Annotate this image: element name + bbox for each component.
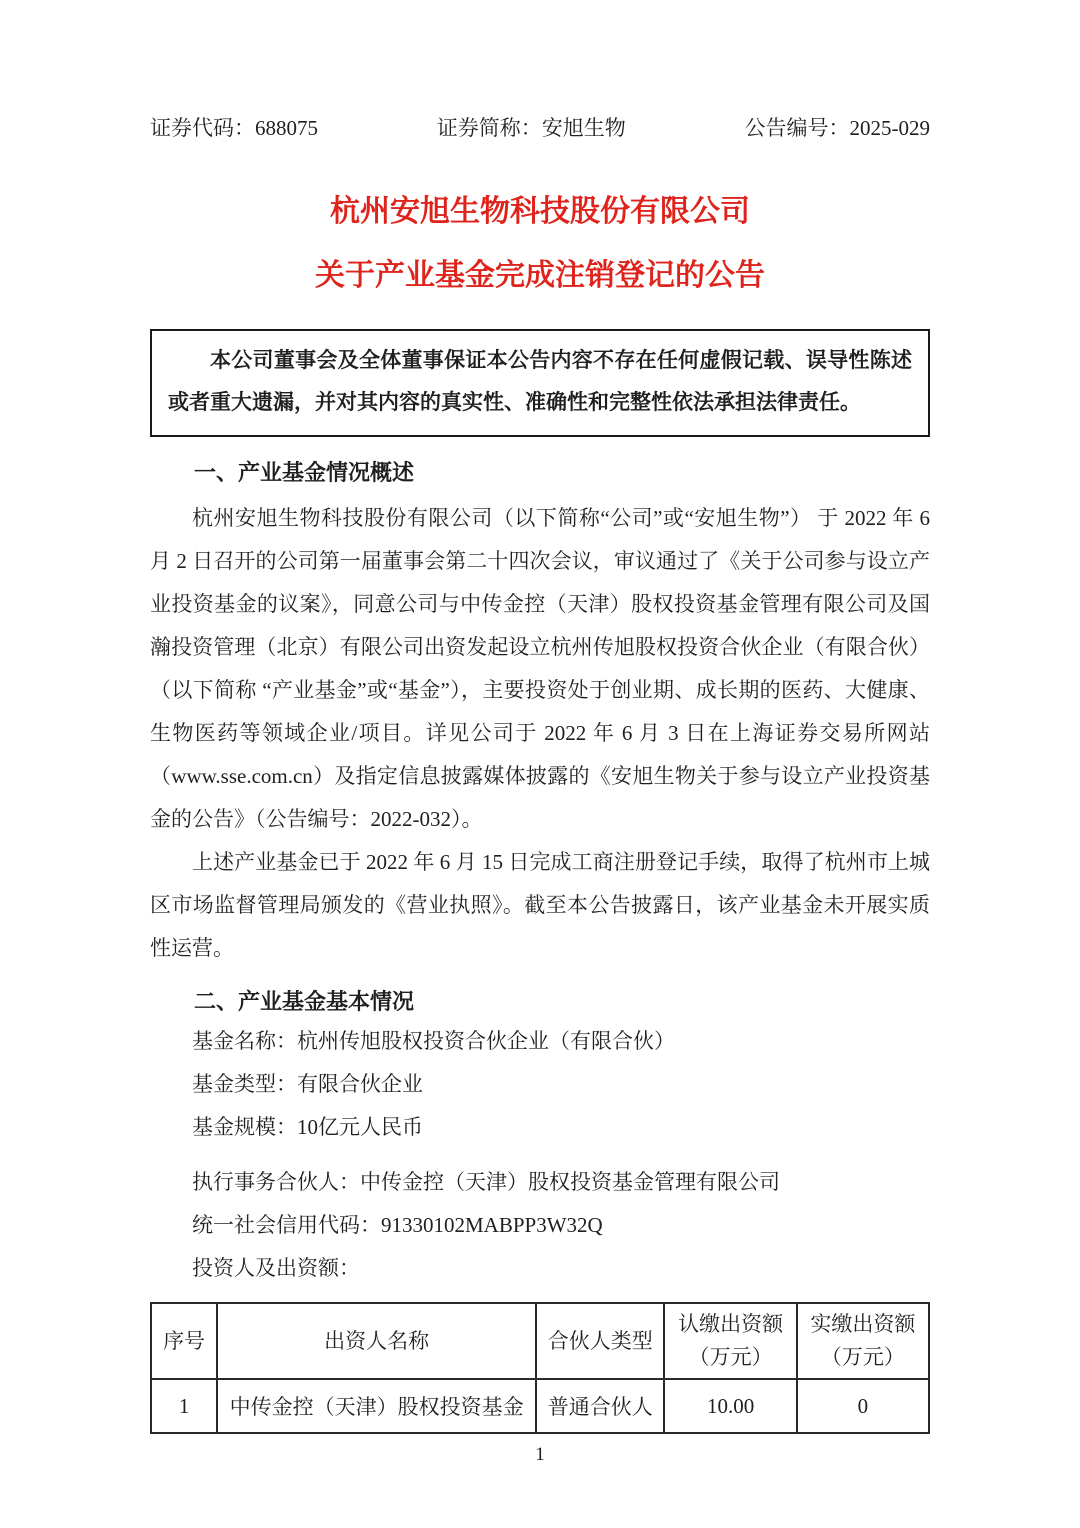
disclaimer-box: 本公司董事会及全体董事保证本公告内容不存在任何虚假记载、误导性陈述或者重大遗漏，…	[150, 329, 930, 437]
col-header-partner-type: 合伙人类型	[536, 1303, 664, 1379]
fund-name-line: 基金名称：杭州传旭股权投资合伙企业（有限合伙）	[150, 1020, 930, 1063]
cell-index: 1	[151, 1379, 217, 1433]
cell-investor-name: 中传金控（天津）股权投资基金	[217, 1379, 536, 1433]
stock-code: 证券代码：688075	[150, 113, 318, 143]
announcement-title: 关于产业基金完成注销登记的公告	[150, 257, 930, 295]
disclaimer-text: 本公司董事会及全体董事保证本公告内容不存在任何虚假记载、误导性陈述或者重大遗漏，…	[168, 339, 912, 423]
credit-code-line: 统一社会信用代码：91330102MABPP3W32Q	[150, 1204, 930, 1247]
col-header-paid-in-capital: 实缴出资额 （万元）	[797, 1303, 929, 1379]
cell-subscribed-capital: 10.00	[664, 1379, 796, 1433]
document-page: 证券代码：688075 证券简称：安旭生物 公告编号：2025-029 杭州安旭…	[0, 0, 1080, 1468]
col-header-subscribed-capital: 认缴出资额 （万元）	[664, 1303, 796, 1379]
document-header: 证券代码：688075 证券简称：安旭生物 公告编号：2025-029	[150, 113, 930, 143]
section-1-paragraph-1: 杭州安旭生物科技股份有限公司（以下简称“公司”或“安旭生物”） 于 2022 年…	[150, 497, 930, 841]
cell-partner-type: 普通合伙人	[536, 1379, 664, 1433]
investors-table: 序号 出资人名称 合伙人类型 认缴出资额 （万元） 实缴出资额 （万元） 1 中…	[150, 1302, 930, 1434]
page-number: 1	[150, 1442, 930, 1468]
section-1-paragraph-2: 上述产业基金已于 2022 年 6 月 15 日完成工商注册登记手续，取得了杭州…	[150, 841, 930, 970]
fund-size-line: 基金规模：10亿元人民币	[150, 1106, 930, 1149]
executive-partner-line: 执行事务合伙人：中传金控（天津）股权投资基金管理有限公司	[150, 1161, 930, 1204]
col-header-index: 序号	[151, 1303, 217, 1379]
company-name-title: 杭州安旭生物科技股份有限公司	[150, 193, 930, 231]
cell-paid-in-capital: 0	[797, 1379, 929, 1433]
table-header-row: 序号 出资人名称 合伙人类型 认缴出资额 （万元） 实缴出资额 （万元）	[151, 1303, 929, 1379]
fund-type-line: 基金类型：有限合伙企业	[150, 1063, 930, 1106]
section-2-heading: 二、产业基金基本情况	[150, 984, 930, 1020]
table-row: 1 中传金控（天津）股权投资基金 普通合伙人 10.00 0	[151, 1379, 929, 1433]
stock-short-name: 证券简称：安旭生物	[437, 113, 626, 143]
investors-label-line: 投资人及出资额：	[150, 1247, 930, 1290]
section-1-heading: 一、产业基金情况概述	[150, 455, 930, 491]
col-header-investor-name: 出资人名称	[217, 1303, 536, 1379]
announcement-number: 公告编号：2025-029	[745, 113, 931, 143]
